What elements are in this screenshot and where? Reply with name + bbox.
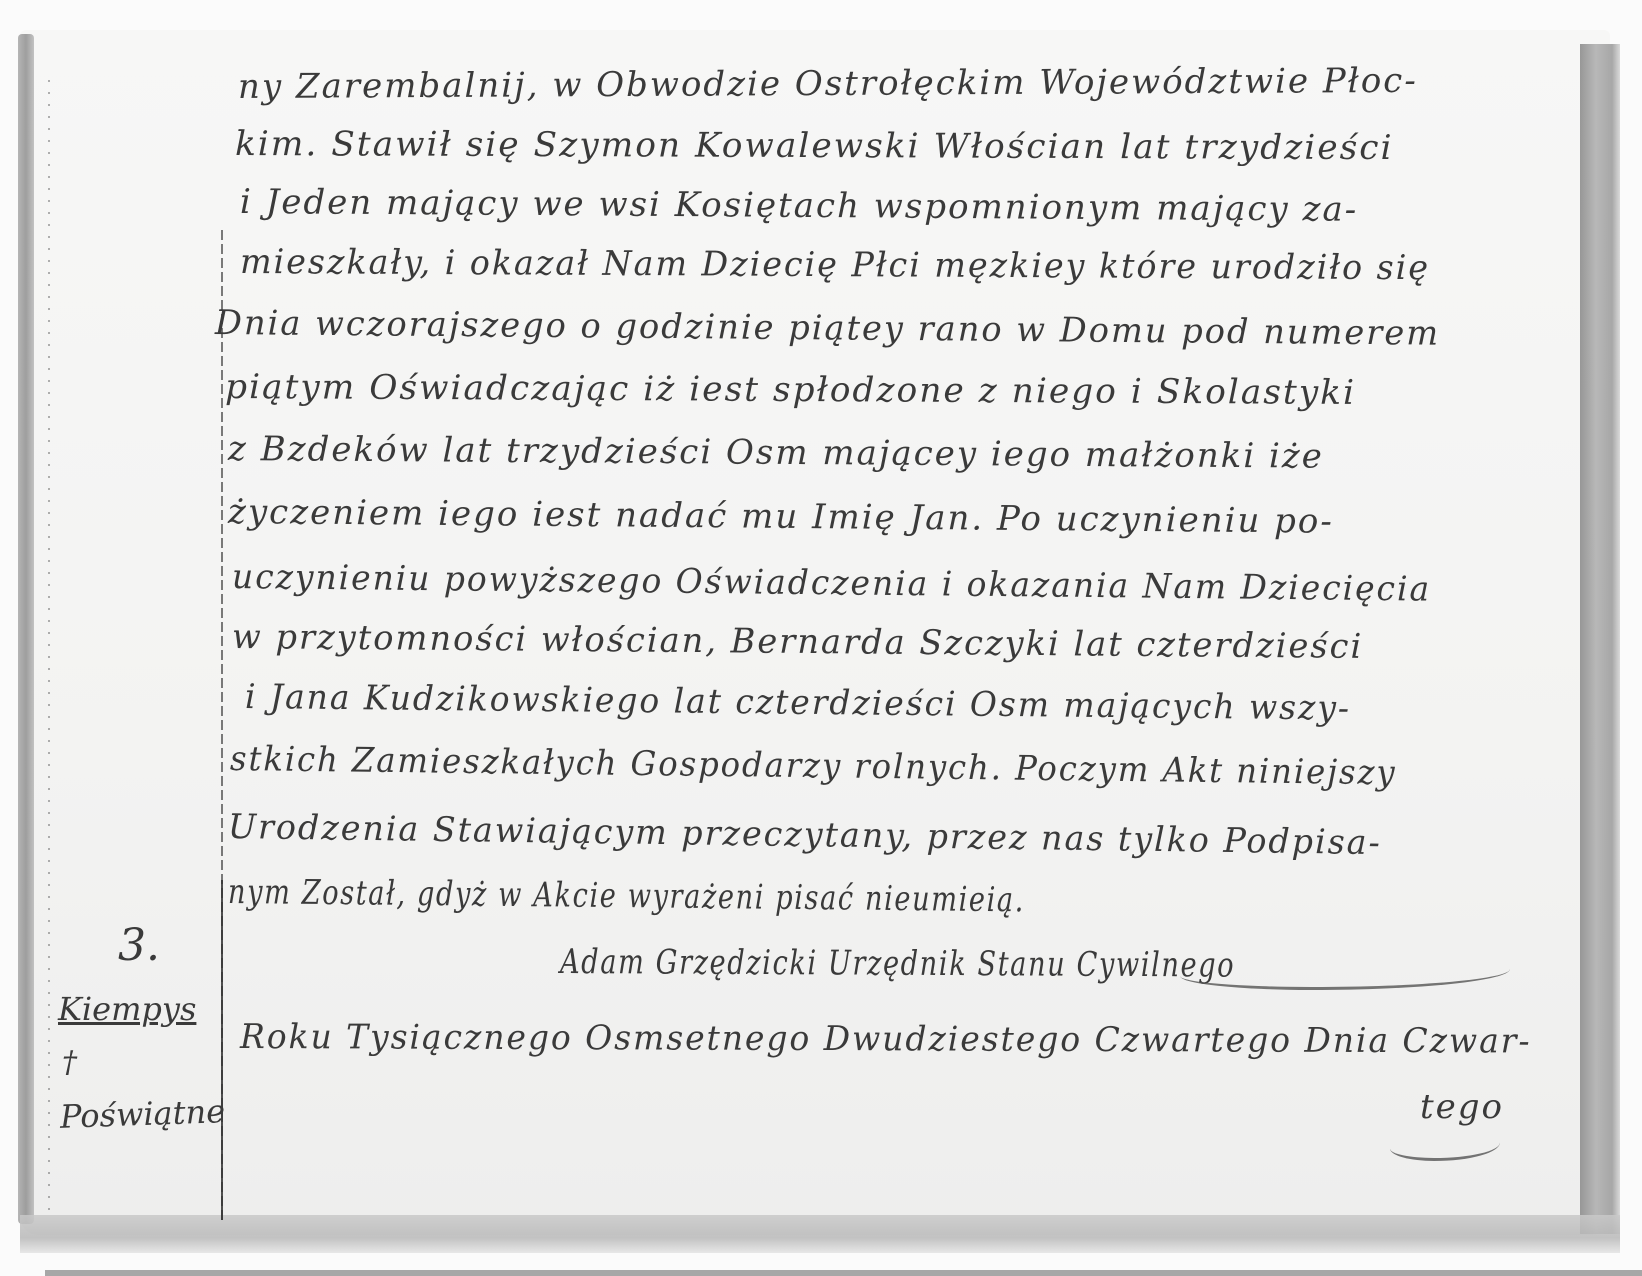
scanned-document: ny Zarembalnij, w Obwodzie Ostrołęckim W…	[0, 0, 1642, 1276]
body-line-11: i Jana Kudzikowskiego lat czterdzieści O…	[245, 680, 1351, 726]
body-line-3: i Jeden mający we wsi Kosiętach wspomnio…	[240, 185, 1358, 227]
body-line-14: nym Został, gdyż w Akcie wyrażeni pisać …	[228, 875, 1025, 917]
paper-edge-right	[1580, 44, 1620, 1234]
body-line-10: w przytomności włościan, Bernarda Szczyk…	[232, 620, 1363, 664]
margin-parish-name: Poświątne	[59, 1092, 225, 1136]
body-line-8: życzeniem iego iest nadać mu Imię Jan. P…	[228, 495, 1334, 539]
body-line-7: z Bzdeków lat trzydzieści Osm mającey ie…	[228, 432, 1324, 474]
margin-rule-lower	[221, 880, 223, 1220]
paper-edge-bottom	[20, 1215, 1620, 1253]
paper-edge-left	[18, 34, 34, 1224]
death-cross-icon: †	[62, 1045, 77, 1080]
body-line-5: Dnia wczorajszego o godzinie piątey rano…	[215, 306, 1440, 351]
entry-number: 3.	[118, 920, 160, 971]
body-line-6: piątym Oświadczając iż iest spłodzone z …	[225, 370, 1356, 410]
body-line-1: ny Zarembalnij, w Obwodzie Ostrołęckim W…	[238, 64, 1418, 104]
body-line-4: mieszkały, i okazał Nam Dziecię Płci męz…	[240, 245, 1430, 285]
next-entry-line: Roku Tysiącznego Osmsetnego Dwudziestego…	[240, 1020, 1532, 1059]
official-signature: Adam Grzędzicki Urzędnik Stanu Cywilnego	[560, 945, 1235, 983]
next-entry-continuation: tego	[1420, 1090, 1504, 1124]
binding-holes	[48, 80, 50, 1220]
body-line-2: kim. Stawił się Szymon Kowalewski Włości…	[235, 127, 1394, 165]
margin-place-name: Kiempys	[58, 990, 196, 1028]
scanner-border	[45, 1270, 1642, 1276]
